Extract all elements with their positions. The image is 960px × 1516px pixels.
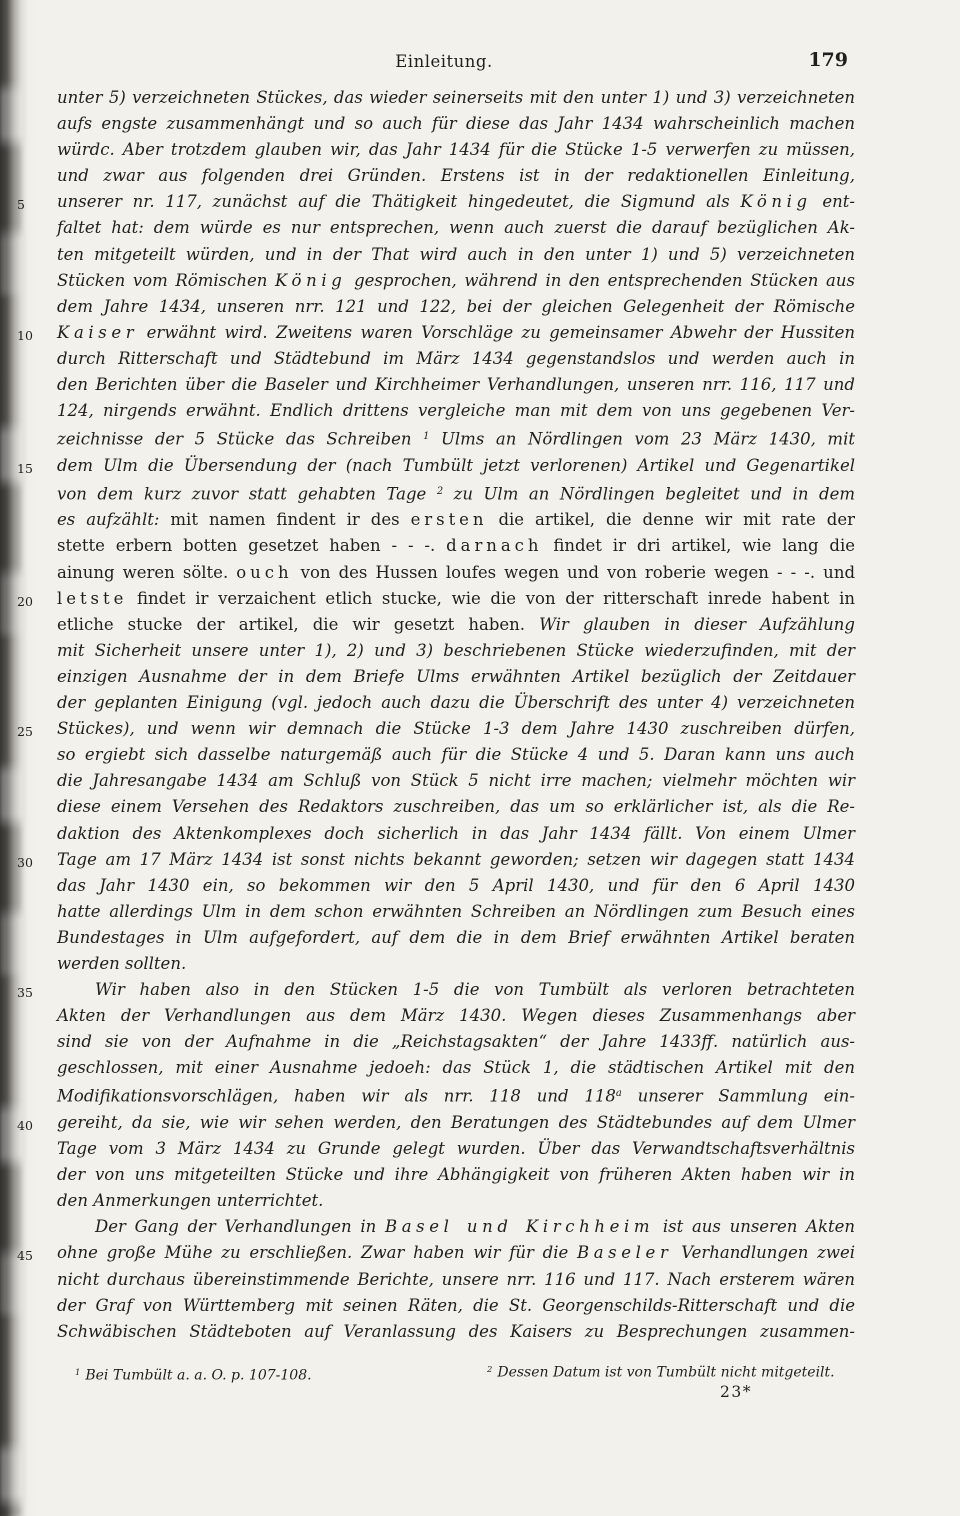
margin-line-number: 25	[17, 719, 49, 745]
text-segment: stette erbern botten gesetzet haben - - …	[57, 536, 446, 555]
signature-mark: 23*	[720, 1383, 752, 1401]
text-line: Akten der Verhandlungen aus dem März 143…	[57, 1003, 855, 1029]
text-segment: Modifikationsvorschlägen, haben wir als …	[57, 1087, 616, 1106]
text-segment: der von uns mitgeteilten Stücke und ihre…	[57, 1165, 855, 1184]
margin-line-number: 35	[17, 980, 49, 1006]
text-line: den Berichten über die Baseler und Kirch…	[57, 372, 855, 398]
text-segment: Ulms an Nördlingen vom 23 März 1430, mit	[429, 430, 855, 449]
text-segment: so ergiebt sich dasselbe naturgemäß auch…	[57, 745, 855, 764]
text-line: werden sollten.	[57, 951, 855, 977]
text-line: Schwäbischen Städteboten auf Veranlassun…	[57, 1319, 855, 1345]
text-segment: Der Gang der Verhandlungen in	[95, 1217, 385, 1236]
margin-line-number: 10	[17, 323, 49, 349]
footnote-reference: 2	[487, 1364, 492, 1374]
text-line: es aufzählt: mit namen findent ir des er…	[57, 507, 855, 533]
text-line: 25Stückes), und wenn wir demnach die Stü…	[57, 716, 855, 742]
text-line: mit Sicherheit unsere unter 1), 2) und 3…	[57, 638, 855, 664]
text-segment: ent-	[812, 192, 855, 211]
text-segment: einzigen Ausnahme der in dem Briefe Ulms…	[57, 667, 855, 686]
text-segment: Stücken vom Römischen	[57, 271, 275, 290]
text-segment: mit namen findent ir des	[159, 510, 410, 529]
text-segment: und zwar aus folgenden drei Gründen. Ers…	[57, 166, 855, 185]
margin-line-number: 5	[17, 192, 49, 218]
footnote-2: 2Dessen Datum ist von Tumbült nicht mitg…	[487, 1360, 835, 1382]
text-line: hatte allerdings Ulm in dem schon erwähn…	[57, 899, 855, 925]
text-segment: ainung weren sölte.	[57, 563, 236, 582]
text-line: 20letste findet ir verzaichent etlich st…	[57, 586, 855, 612]
text-line: zeichnisse der 5 Stücke das Schreiben 1 …	[57, 424, 855, 453]
text-line: Stücken vom Römischen König gesprochen, …	[57, 268, 855, 294]
text-line: 124, nirgends erwähnt. Endlich drittens …	[57, 398, 855, 424]
margin-line-number: 30	[17, 850, 49, 876]
text-line: nicht durchaus übereinstimmende Berichte…	[57, 1267, 855, 1293]
text-segment: der geplanten Einigung (vgl. jedoch auch…	[57, 693, 855, 712]
text-line: etliche stucke der artikel, die wir gese…	[57, 612, 855, 638]
text-segment: geschlossen, mit einer Ausnahme jedoeh: …	[57, 1058, 855, 1077]
text-segment: Wir haben also in den Stücken 1-5 die vo…	[95, 980, 855, 999]
book-page: Einleitung. 179 unter 5) verzeichneten S…	[0, 0, 960, 1516]
text-segment: aufs engste zusammenhängt und so auch fü…	[57, 114, 855, 133]
text-line: Tage vom 3 März 1434 zu Grunde gelegt wu…	[57, 1136, 855, 1162]
text-segment: findet ir verzaichent etlich stucke, wie…	[127, 589, 855, 608]
text-segment: von des Hussen loufes wegen und von robe…	[293, 563, 855, 582]
margin-line-number: 15	[17, 456, 49, 482]
text-line: so ergiebt sich dasselbe naturgemäß auch…	[57, 742, 855, 768]
text-segment: Stückes), und wenn wir demnach die Stück…	[57, 719, 855, 738]
text-segment: Bei Tumbült a. a. O. p. 107-108.	[85, 1368, 311, 1384]
text-segment: dem Ulm die Übersendung der (nach Tumbül…	[57, 456, 855, 475]
text-segment: den Berichten über die Baseler und Kirch…	[57, 375, 855, 394]
text-segment: ohne große Mühe zu erschließen. Zwar hab…	[57, 1243, 577, 1262]
text-segment: Dessen Datum ist von Tumbült nicht mitge…	[497, 1365, 834, 1381]
text-segment: gereiht, da sie, wie wir sehen werden, d…	[57, 1113, 855, 1132]
text-line: sind sie von der Aufnahme in die „Reichs…	[57, 1029, 855, 1055]
text-segment: ouch	[236, 563, 292, 582]
footnote-reference: 1	[75, 1367, 80, 1377]
scan-gutter-shadow	[0, 0, 36, 1516]
text-segment: Verhandlungen zwei	[672, 1243, 855, 1262]
running-title: Einleitung.	[45, 52, 843, 71]
text-line: 40gereiht, da sie, wie wir sehen werden,…	[57, 1110, 855, 1136]
text-line: der Graf von Württemberg mit seinen Räte…	[57, 1293, 855, 1319]
text-segment: findet ir dri artikel, wie lang die	[542, 536, 855, 555]
text-segment: Schwäbischen Städteboten auf Veranlassun…	[57, 1322, 855, 1341]
text-line: 30Tage am 17 März 1434 ist sonst nichts …	[57, 847, 855, 873]
text-segment: unter 5) verzeichneten Stückes, das wied…	[57, 88, 855, 107]
text-segment: würdc. Aber trotzdem glauben wir, das Ja…	[57, 140, 855, 159]
margin-line-number: 45	[17, 1243, 49, 1269]
text-segment: das Jahr 1430 ein, so bekommen wir den 5…	[57, 876, 855, 895]
text-segment: sind sie von der Aufnahme in die „Reichs…	[57, 1032, 855, 1051]
text-segment: die artikel, die denne wir mit rate der	[487, 510, 855, 529]
text-line: Der Gang der Verhandlungen in Basel und …	[57, 1214, 855, 1240]
text-line: dem Jahre 1434, unseren nrr. 121 und 122…	[57, 294, 855, 320]
text-segment: es aufzählt:	[57, 510, 159, 529]
text-segment: unserer nr. 117, zunächst auf die Thätig…	[57, 192, 740, 211]
text-segment: mit Sicherheit unsere unter 1), 2) und 3…	[57, 641, 855, 660]
text-segment: diese einem Versehen des Redaktors zusch…	[57, 797, 855, 816]
text-line: die Jahresangabe 1434 am Schluß von Stüc…	[57, 768, 855, 794]
text-line: Bundestages in Ulm aufgefordert, auf dem…	[57, 925, 855, 951]
text-line: ten mitgeteilt würden, und in der That w…	[57, 242, 855, 268]
text-segment: werden sollten.	[57, 954, 186, 973]
text-line: geschlossen, mit einer Ausnahme jedoeh: …	[57, 1055, 855, 1081]
page-number: 179	[772, 49, 848, 71]
text-segment: daktion des Aktenkomplexes doch sicherli…	[57, 824, 855, 843]
text-line: Modifikationsvorschlägen, haben wir als …	[57, 1081, 855, 1110]
text-line: 35Wir haben also in den Stücken 1-5 die …	[57, 977, 855, 1003]
text-line: 10Kaiser erwähnt wird. Zweitens waren Vo…	[57, 320, 855, 346]
text-segment: dem Jahre 1434, unseren nrr. 121 und 122…	[57, 297, 855, 316]
margin-line-number: 20	[17, 589, 49, 615]
text-line: den Anmerkungen unterrichtet.	[57, 1188, 855, 1214]
text-line: 5unserer nr. 117, zunächst auf die Thäti…	[57, 189, 855, 215]
text-line: durch Ritterschaft und Städtebund im Mär…	[57, 346, 855, 372]
text-segment: ten mitgeteilt würden, und in der That w…	[57, 245, 855, 264]
text-segment: Tage vom 3 März 1434 zu Grunde gelegt wu…	[57, 1139, 855, 1158]
text-segment: hatte allerdings Ulm in dem schon erwähn…	[57, 902, 855, 921]
text-segment: König	[740, 192, 811, 211]
text-segment: darnach	[446, 536, 542, 555]
text-segment: Basel und Kirchheim	[385, 1217, 654, 1236]
text-segment: Baseler	[577, 1243, 672, 1262]
text-line: stette erbern botten gesetzet haben - - …	[57, 533, 855, 559]
text-line: würdc. Aber trotzdem glauben wir, das Ja…	[57, 137, 855, 163]
text-segment: der Graf von Württemberg mit seinen Räte…	[57, 1296, 855, 1315]
text-segment: zeichnisse der 5 Stücke das Schreiben	[57, 430, 423, 449]
text-line: aufs engste zusammenhängt und so auch fü…	[57, 111, 855, 137]
text-segment: gesprochen, während in den entsprechende…	[346, 271, 855, 290]
text-segment: durch Ritterschaft und Städtebund im Mär…	[57, 349, 855, 368]
text-line: 45ohne große Mühe zu erschließen. Zwar h…	[57, 1240, 855, 1266]
text-line: von dem kurz zuvor statt gehabten Tage 2…	[57, 479, 855, 508]
text-segment: nicht durchaus übereinstimmende Berichte…	[57, 1270, 855, 1289]
text-line: der von uns mitgeteilten Stücke und ihre…	[57, 1162, 855, 1188]
text-segment: Kaiser	[57, 323, 138, 342]
text-line: einzigen Ausnahme der in dem Briefe Ulms…	[57, 664, 855, 690]
text-segment: ist aus unseren Akten	[654, 1217, 855, 1236]
text-line: unter 5) verzeichneten Stückes, das wied…	[57, 85, 855, 111]
text-segment: den Anmerkungen unterrichtet.	[57, 1191, 323, 1210]
text-segment: unserer Sammlung ein-	[622, 1087, 855, 1106]
body-text: unter 5) verzeichneten Stückes, das wied…	[57, 85, 855, 1345]
text-segment: erwähnt wird. Zweitens waren Vorschläge …	[138, 323, 855, 342]
text-line: daktion des Aktenkomplexes doch sicherli…	[57, 821, 855, 847]
text-line: und zwar aus folgenden drei Gründen. Ers…	[57, 163, 855, 189]
text-segment: letste	[57, 589, 127, 608]
text-segment: König	[275, 271, 346, 290]
text-line: das Jahr 1430 ein, so bekommen wir den 5…	[57, 873, 855, 899]
text-segment: Wir glauben in dieser Aufzählung	[539, 615, 855, 634]
text-segment: Bundestages in Ulm aufgefordert, auf dem…	[57, 928, 855, 947]
footnote-1: 1Bei Tumbült a. a. O. p. 107-108.	[75, 1363, 312, 1385]
text-segment: Tage am 17 März 1434 ist sonst nichts be…	[57, 850, 855, 869]
text-line: faltet hat: dem würde es nur entsprechen…	[57, 215, 855, 241]
text-line: 15dem Ulm die Übersendung der (nach Tumb…	[57, 453, 855, 479]
text-segment: von dem kurz zuvor statt gehabten Tage	[57, 484, 437, 503]
text-segment: ersten	[411, 510, 488, 529]
text-line: diese einem Versehen des Redaktors zusch…	[57, 794, 855, 820]
text-segment: 124, nirgends erwähnt. Endlich drittens …	[57, 401, 855, 420]
text-segment: zu Ulm an Nördlingen begleitet und in de…	[443, 484, 855, 503]
text-line: ainung weren sölte. ouch von des Hussen …	[57, 560, 855, 586]
margin-line-number: 40	[17, 1113, 49, 1139]
text-segment: faltet hat: dem würde es nur entsprechen…	[57, 218, 855, 237]
text-line: der geplanten Einigung (vgl. jedoch auch…	[57, 690, 855, 716]
text-segment: die Jahresangabe 1434 am Schluß von Stüc…	[57, 771, 855, 790]
text-segment: Akten der Verhandlungen aus dem März 143…	[57, 1006, 855, 1025]
text-segment: etliche stucke der artikel, die wir gese…	[57, 615, 539, 634]
